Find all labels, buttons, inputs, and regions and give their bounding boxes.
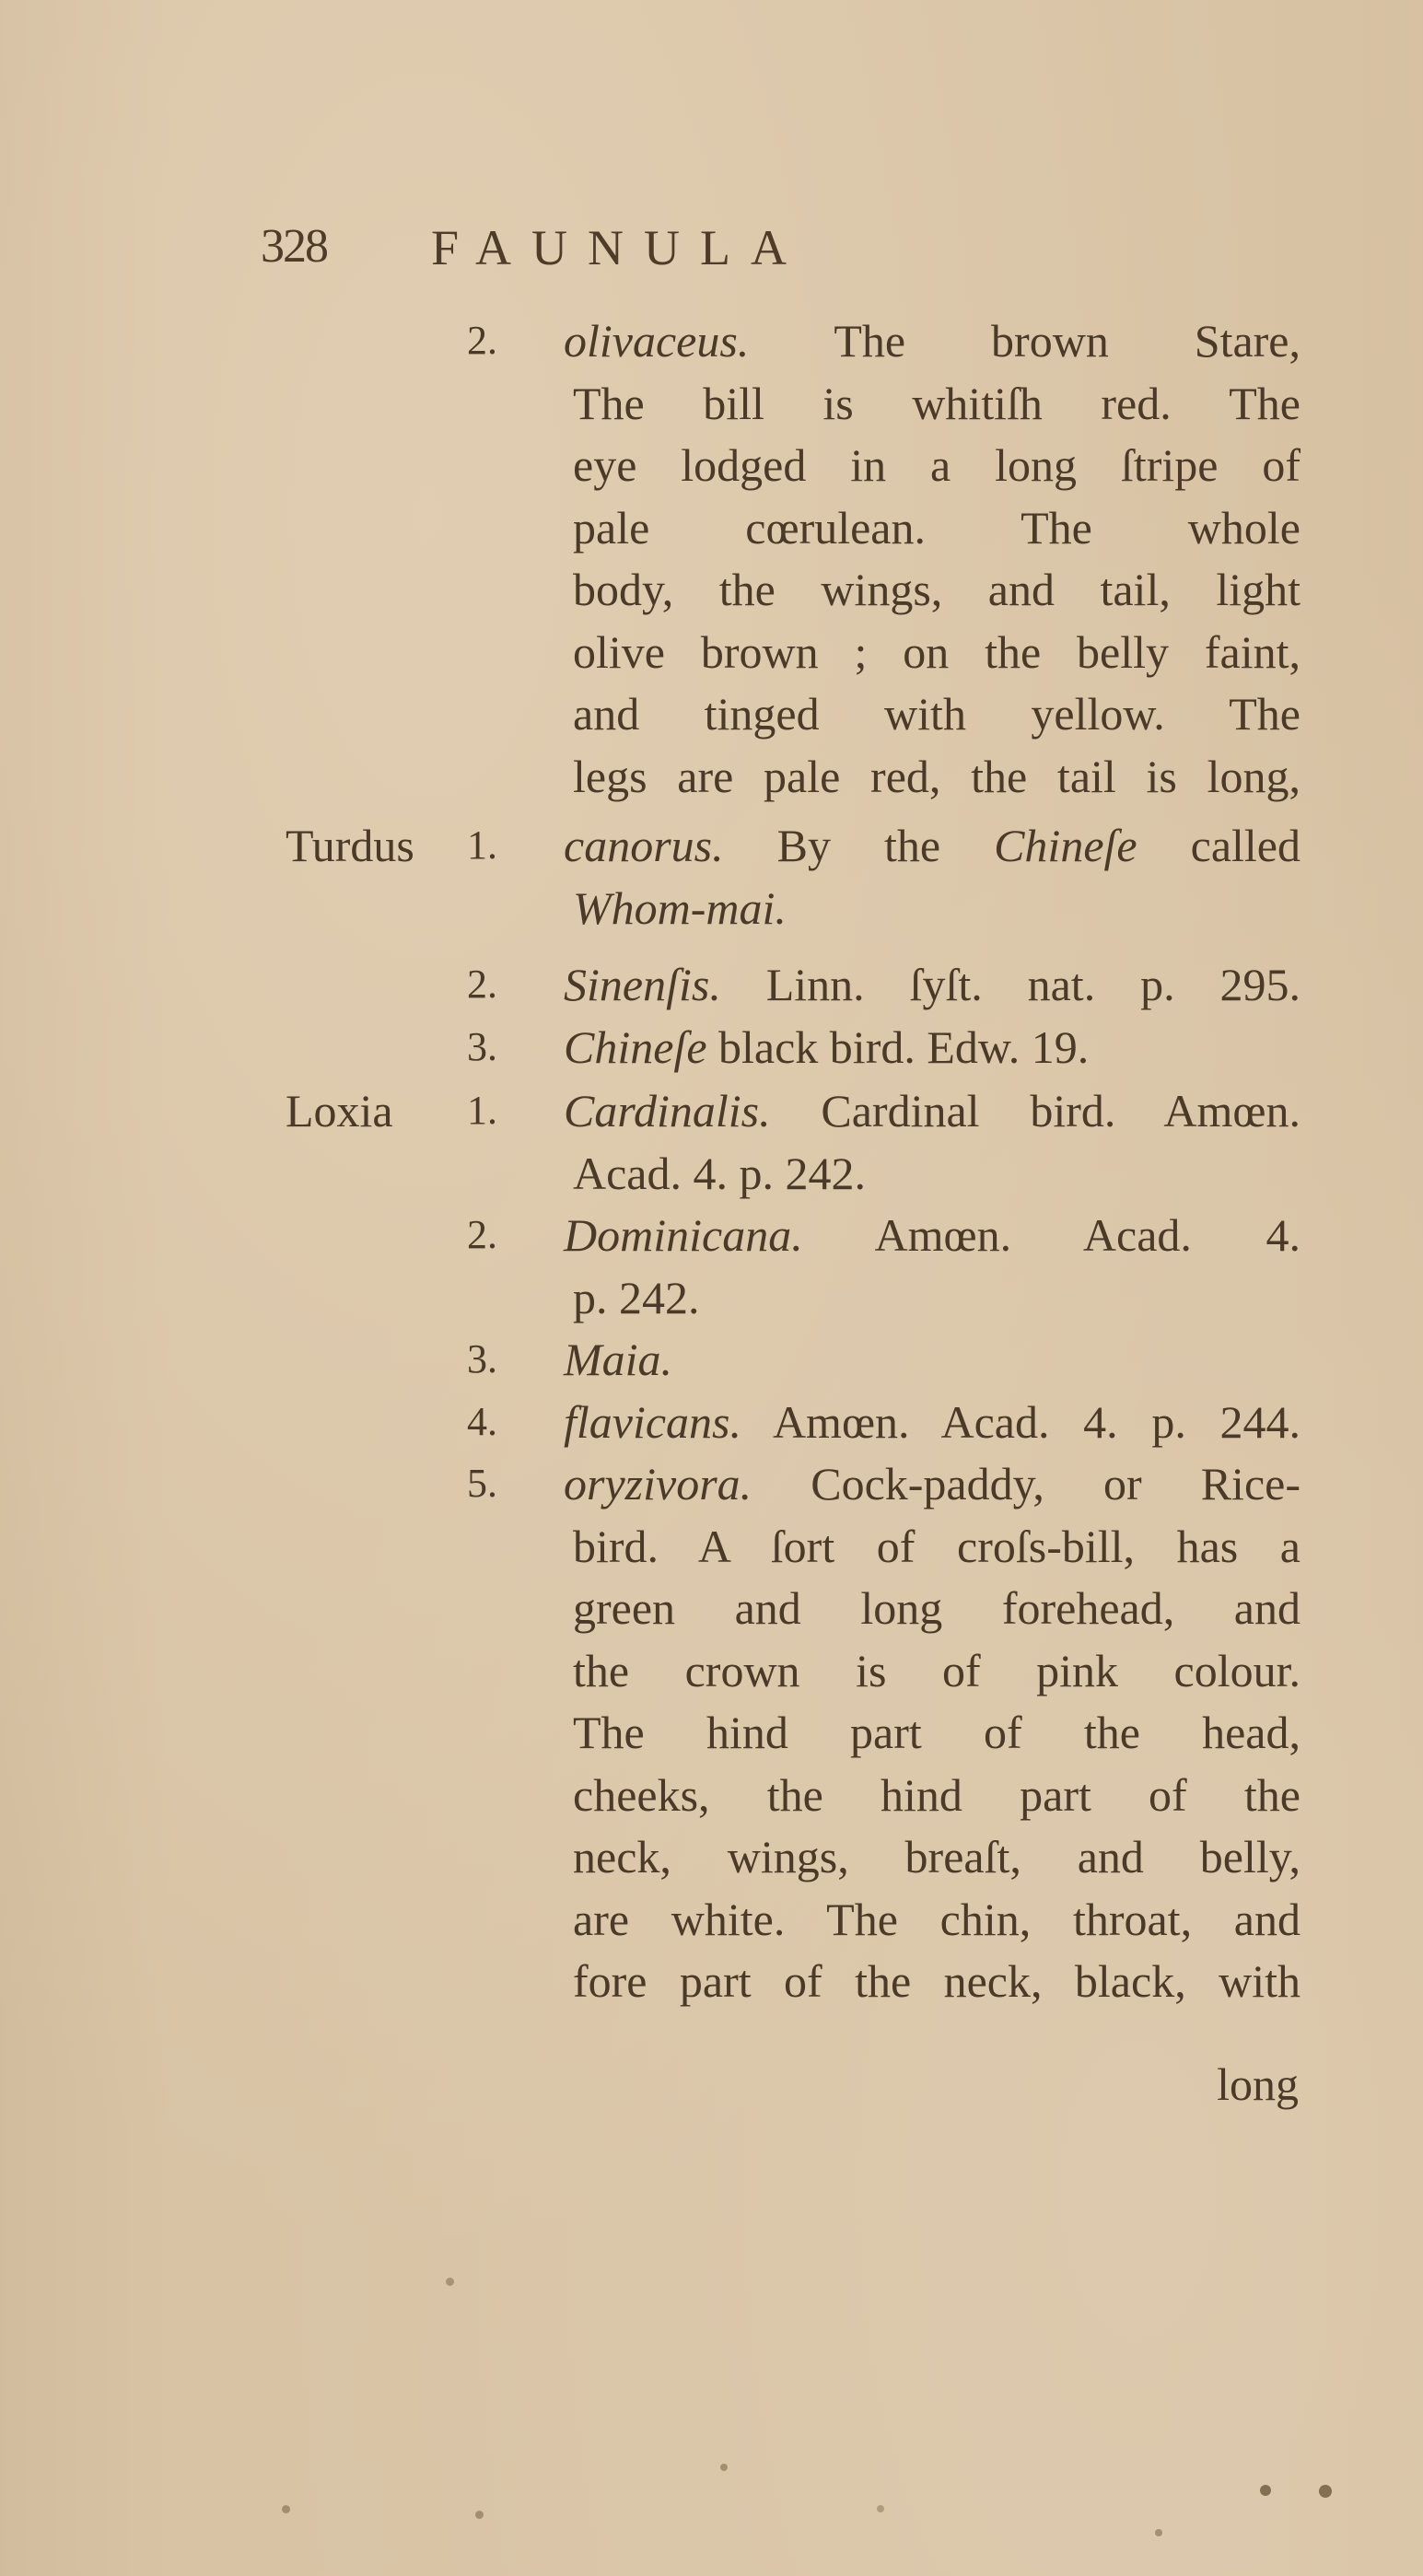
text-line: body, the wings, and tail, light xyxy=(573,559,1301,620)
species-number: 1. xyxy=(442,815,497,876)
text-run: By the xyxy=(724,820,994,871)
species-number: 5. xyxy=(442,1453,497,1514)
text-line: and tinged with yellow. The xyxy=(573,683,1301,744)
text-run: black bird. Edw. 19. xyxy=(707,1021,1090,1073)
text-line: flavicans. Amœn. Acad. 4. p. 244. xyxy=(564,1392,1301,1452)
italic-term: oryzivora. xyxy=(564,1458,752,1509)
text-line: oryzivora. Cock-paddy, or Rice- xyxy=(564,1453,1301,1514)
italic-term: Chineſe xyxy=(994,820,1137,871)
catchword: long xyxy=(1217,2054,1299,2115)
foxing-spot xyxy=(475,2511,484,2519)
italic-term: Dominicana. xyxy=(564,1209,803,1261)
page-number: 328 xyxy=(261,219,327,274)
species-number: 1. xyxy=(442,1080,497,1141)
text-line: legs are pale red, the tail is long, xyxy=(573,746,1301,807)
text-line: eye lodged in a long ſtripe of xyxy=(573,435,1301,495)
running-head: 328 FAUNULA xyxy=(0,214,1423,287)
text-run: cheeks, the hind part of the xyxy=(573,1769,1301,1821)
text-line: bird. A ſort of croſs-bill, has a xyxy=(573,1516,1301,1577)
text-run: bird. A ſort of croſs-bill, has a xyxy=(573,1521,1301,1572)
text-run: and tinged with yellow. The xyxy=(573,688,1301,740)
text-line: Dominicana. Amœn. Acad. 4. xyxy=(564,1205,1301,1265)
text-run: The bill is whitiſh red. The xyxy=(573,378,1301,429)
text-run: olive brown ; on the belly faint, xyxy=(573,626,1301,678)
text-run: Amœn. Acad. 4. xyxy=(803,1209,1301,1261)
text-line: canorus. By the Chineſe called xyxy=(564,815,1301,876)
italic-term: canorus. xyxy=(564,820,724,871)
italic-term: olivaceus. xyxy=(564,315,749,367)
text-run: green and long forehead, and xyxy=(573,1582,1301,1634)
text-line: are white. The chin, throat, and xyxy=(573,1889,1301,1950)
text-run: The hind part of the head, xyxy=(573,1707,1301,1758)
text-run: neck, wings, breaſt, and belly, xyxy=(573,1831,1301,1882)
text-run: called xyxy=(1137,820,1301,871)
running-title: FAUNULA xyxy=(431,219,807,276)
text-line: the crown is of pink colour. xyxy=(573,1640,1301,1701)
genus-name: Loxia xyxy=(286,1080,393,1141)
text-line: Sinenſis. Linn. ſyſt. nat. p. 295. xyxy=(564,954,1301,1015)
text-run: are white. The chin, throat, and xyxy=(573,1894,1301,1945)
text-run: Cock-paddy, or Rice- xyxy=(752,1458,1301,1509)
text-run: Linn. ſyſt. nat. p. 295. xyxy=(721,959,1301,1010)
foxing-spot xyxy=(446,2278,454,2286)
text-line: Cardinalis. Cardinal bird. Amœn. xyxy=(564,1080,1301,1141)
text-run: pale cœrulean. The whole xyxy=(573,502,1301,554)
species-number: 3. xyxy=(442,1017,497,1078)
text-line: Chineſe black bird. Edw. 19. xyxy=(564,1017,1301,1078)
text-run: legs are pale red, the tail is long, xyxy=(573,751,1301,802)
foxing-spot xyxy=(1319,2485,1332,2498)
foxing-spot xyxy=(720,2464,728,2471)
text-line: cheeks, the hind part of the xyxy=(573,1765,1301,1825)
text-line: Maia. xyxy=(564,1329,1301,1390)
italic-term: flavicans. xyxy=(564,1396,741,1448)
text-line: Whom-mai. xyxy=(573,878,1301,938)
text-run: Amœn. Acad. 4. p. 244. xyxy=(741,1396,1301,1448)
text-line: The bill is whitiſh red. The xyxy=(573,373,1301,434)
text-run: Acad. 4. p. 242. xyxy=(573,1148,866,1199)
species-number: 2. xyxy=(442,310,497,371)
species-number: 2. xyxy=(442,1205,497,1265)
foxing-spot xyxy=(282,2505,290,2513)
text-run: fore part of the neck, black, with xyxy=(573,1955,1301,2007)
italic-term: Whom-mai. xyxy=(573,882,787,934)
text-run: Cardinal bird. Amœn. xyxy=(771,1085,1301,1136)
text-run: eye lodged in a long ſtripe of xyxy=(573,439,1301,491)
species-number: 2. xyxy=(442,954,497,1015)
foxing-spot xyxy=(1155,2529,1162,2536)
text-line: p. 242. xyxy=(573,1267,1301,1328)
foxing-spot xyxy=(1260,2485,1271,2496)
species-number: 3. xyxy=(442,1329,497,1390)
text-run: The brown Stare, xyxy=(749,315,1301,367)
italic-term: Chineſe xyxy=(564,1021,707,1073)
text-line: olivaceus. The brown Stare, xyxy=(564,310,1301,371)
italic-term: Maia. xyxy=(564,1334,672,1385)
species-number: 4. xyxy=(442,1392,497,1452)
text-line: pale cœrulean. The whole xyxy=(573,497,1301,558)
text-run: p. 242. xyxy=(573,1272,700,1323)
text-line: green and long forehead, and xyxy=(573,1578,1301,1638)
text-line: olive brown ; on the belly faint, xyxy=(573,622,1301,682)
text-line: Acad. 4. p. 242. xyxy=(573,1143,1301,1204)
italic-term: Cardinalis. xyxy=(564,1085,771,1136)
text-run: body, the wings, and tail, light xyxy=(573,564,1301,615)
text-line: neck, wings, breaſt, and belly, xyxy=(573,1826,1301,1887)
foxing-spot xyxy=(877,2505,884,2512)
genus-name: Turdus xyxy=(286,815,414,876)
italic-term: Sinenſis. xyxy=(564,959,721,1010)
text-run: the crown is of pink colour. xyxy=(573,1645,1301,1696)
text-line: fore part of the neck, black, with xyxy=(573,1951,1301,2011)
text-line: The hind part of the head, xyxy=(573,1702,1301,1763)
book-page: 328 FAUNULA 2.olivaceus. The brown Stare… xyxy=(0,0,1423,2576)
